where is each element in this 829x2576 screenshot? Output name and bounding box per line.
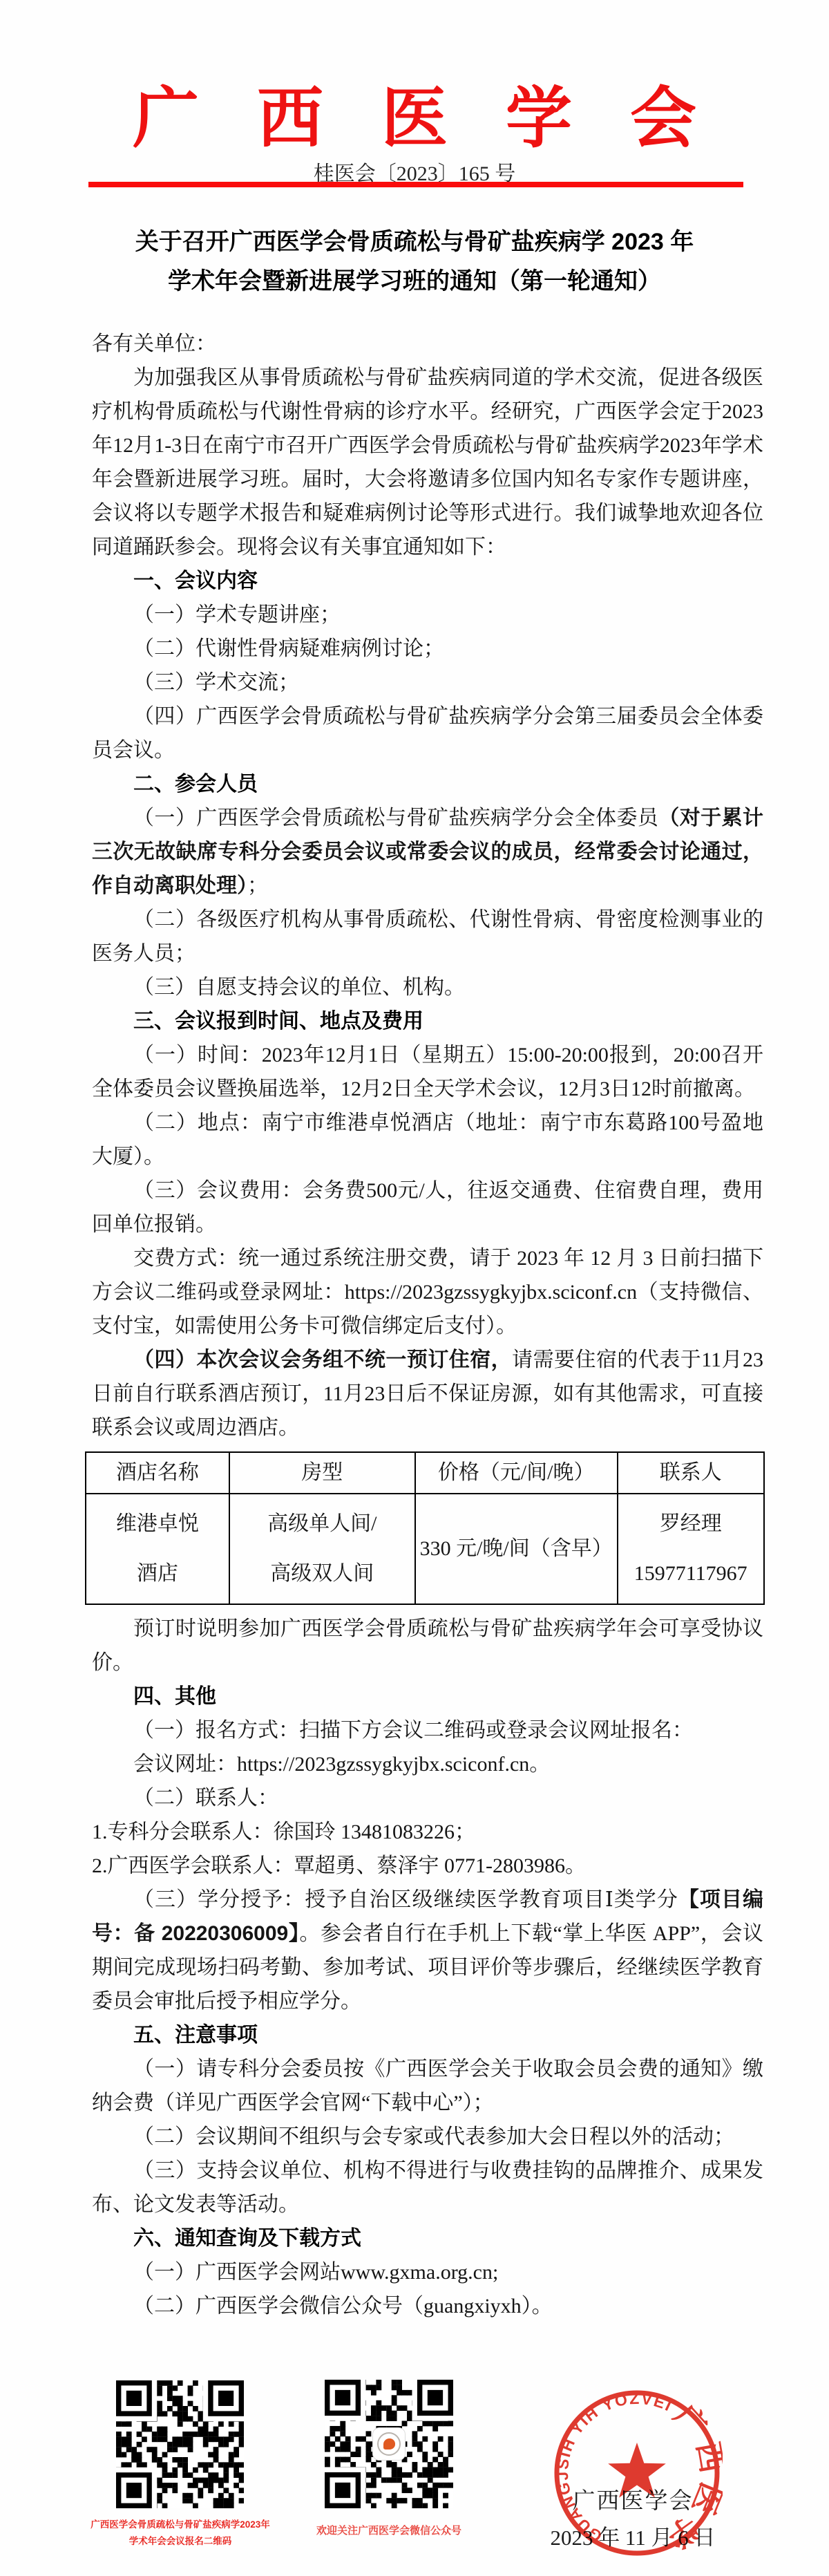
- body-paragraph: （三）支持会议单位、机构不得进行与收费挂钩的品牌推介、成果发布、论文发表等活动。: [92, 2154, 763, 2221]
- table-row: 维港卓悦 酒店高级单人间/ 高级双人间330 元/晚/间（含早）罗经理 1597…: [86, 1494, 764, 1604]
- section-heading: 五、注意事项: [92, 2018, 763, 2052]
- text-run: ；: [247, 874, 268, 897]
- document-title-line2: 学术年会暨新进展学习班的通知（第一轮通知）: [62, 262, 767, 301]
- hotel-table: 酒店名称房型价格（元/间/晚）联系人维港卓悦 酒店高级单人间/ 高级双人间330…: [85, 1451, 765, 1605]
- body-paragraph: （三）自愿支持会议的单位、机构。: [92, 970, 763, 1004]
- document-page: 广西医学会 桂医会〔2023〕165 号 关于召开广西医学会骨质疏松与骨矿盐疾病…: [0, 0, 829, 2576]
- body-paragraph: （一）广西医学会骨质疏松与骨矿盐疾病学分会全体委员（对于累计三次无故缺席专科分会…: [92, 801, 763, 903]
- body-paragraph: （四）广西医学会骨质疏松与骨矿盐疾病学分会第三届委员会全体委员会议。: [92, 699, 763, 767]
- text-run: 五、注意事项: [133, 2024, 258, 2047]
- hotel-table-header: 房型: [229, 1452, 415, 1494]
- text-run: （一）时间：2023年12月1日（星期五）15:00-20:00报到，20:00…: [92, 1044, 763, 1100]
- document-body: 各有关单位： 为加强我区从事骨质疏松与骨矿盐疾病同道的学术交流，促进各级医疗机构…: [92, 327, 763, 2323]
- registration-qr-caption: 广西医学会骨质疏松与骨矿盐疾病学2023年 学术年会会议报名二维码: [78, 2517, 283, 2550]
- wechat-qr-code: [325, 2380, 453, 2508]
- text-run: 2.广西医学会联系人：覃超勇、蔡泽宇 0771-2803986。: [92, 1854, 586, 1877]
- body-paragraph: （二）联系人：: [92, 1781, 763, 1815]
- body-paragraph: （一）广西医学会网站www.gxma.org.cn;: [92, 2255, 763, 2289]
- wechat-qr-caption: 欢迎关注广西医学会微信公众号: [290, 2524, 488, 2538]
- body-paragraph: （三）会议费用：会务费500元/人，往返交通费、住宿费自理，费用回单位报销。: [92, 1174, 763, 1241]
- text-run: （二）地点：南宁市维港卓悦酒店（地址：南宁市东葛路100号盈地大厦）。: [92, 1111, 763, 1168]
- registration-qr-caption-line1: 广西医学会骨质疏松与骨矿盐疾病学2023年: [78, 2517, 283, 2533]
- section-heading: 一、会议内容: [92, 564, 763, 598]
- hotel-table-cell: 330 元/晚/间（含早）: [415, 1494, 618, 1604]
- text-run: 会议网址：https://2023gzssygkyjbx.sciconf.cn。: [133, 1753, 550, 1776]
- section-heading: 三、会议报到时间、地点及费用: [92, 1004, 763, 1038]
- text-run: （一）学术专题讲座；: [133, 603, 341, 626]
- wechat-qr-center-logo: [373, 2428, 405, 2460]
- section-heading: 六、通知查询及下载方式: [92, 2221, 763, 2255]
- text-run: 三、会议报到时间、地点及费用: [133, 1010, 423, 1033]
- section-heading: 四、其他: [92, 1680, 763, 1713]
- body-paragraph: （二）广西医学会微信公众号（guangxiyxh）。: [92, 2289, 763, 2323]
- text-run: 交费方式：统一通过系统注册交费，请于 2023 年 12 月 3 日前扫描下方会…: [92, 1247, 763, 1337]
- letterhead-divider: [88, 182, 743, 187]
- logo-emblem: [383, 2438, 395, 2450]
- text-run: 1.专科分会联系人：徐国玲 13481083226；: [92, 1821, 475, 1843]
- body-paragraph: （二）地点：南宁市维港卓悦酒店（地址：南宁市东葛路100号盈地大厦）。: [92, 1106, 763, 1174]
- body-paragraph: 1.专科分会联系人：徐国玲 13481083226；: [92, 1815, 763, 1849]
- body-paragraph: （一）学术专题讲座；: [92, 598, 763, 632]
- hotel-table-cell: 高级单人间/ 高级双人间: [229, 1494, 415, 1604]
- body-paragraph: （一）时间：2023年12月1日（星期五）15:00-20:00报到，20:00…: [92, 1038, 763, 1106]
- seal-star: [608, 2443, 666, 2498]
- body-paragraph: （一）请专科分会委员按《广西医学会关于收取会员会费的通知》缴纳会费（详见广西医学…: [92, 2052, 763, 2120]
- text-run: （三）会议费用：会务费500元/人，往返交通费、住宿费自理，费用回单位报销。: [92, 1179, 763, 1236]
- hotel-table-header: 价格（元/间/晚）: [415, 1452, 618, 1494]
- text-run: （三）支持会议单位、机构不得进行与收费挂钩的品牌推介、成果发布、论文发表等活动。: [92, 2159, 763, 2216]
- text-run: （一）广西医学会网站www.gxma.org.cn;: [133, 2261, 498, 2284]
- hotel-table-header: 酒店名称: [86, 1452, 229, 1494]
- body-paragraph: （二）代谢性骨病疑难病例讨论；: [92, 632, 763, 666]
- text-run: （一）报名方式：扫描下方会议二维码或登录会议网址报名：: [133, 1719, 693, 1742]
- document-title-line1: 关于召开广西医学会骨质疏松与骨矿盐疾病学 2023 年: [62, 223, 767, 262]
- text-run: （一）请专科分会委员按《广西医学会关于收取会员会费的通知》缴纳会费（详见广西医学…: [92, 2058, 763, 2114]
- text-run: （三）学术交流；: [133, 671, 299, 694]
- text-run: 二、参会人员: [133, 773, 258, 796]
- body-paragraph: 2.广西医学会联系人：覃超勇、蔡泽宇 0771-2803986。: [92, 1849, 763, 1883]
- official-seal: GUANGJSIH YIH YOZVEI 广西医学会: [551, 2387, 723, 2559]
- text-run: （一）广西医学会骨质疏松与骨矿盐疾病学分会全体委员: [133, 807, 658, 829]
- registration-qr-image: [116, 2380, 244, 2508]
- salutation: 各有关单位：: [92, 327, 763, 361]
- text-run: 六、通知查询及下载方式: [133, 2227, 361, 2250]
- hotel-table-cell: 罗经理 15977117967: [618, 1494, 765, 1604]
- body-paragraph: （二）各级医疗机构从事骨质疏松、代谢性骨病、骨密度检测事业的医务人员；: [92, 903, 763, 970]
- hotel-table-header: 联系人: [618, 1452, 765, 1494]
- text-run: （三）学分授予：授予自治区级继续医学教育项目Ⅰ类学分: [133, 1888, 678, 1911]
- body-paragraph: （二）会议期间不组织与会专家或代表参加大会日程以外的活动；: [92, 2120, 763, 2154]
- body-paragraph: 为加强我区从事骨质疏松与骨矿盐疾病同道的学术交流，促进各级医疗机构骨质疏松与代谢…: [92, 361, 763, 564]
- org-title: 广西医学会: [0, 84, 829, 153]
- text-run: 一、会议内容: [133, 570, 258, 592]
- text-run: （二）广西医学会微信公众号（guangxiyxh）。: [133, 2295, 553, 2318]
- text-run: （二）各级医疗机构从事骨质疏松、代谢性骨病、骨密度检测事业的医务人员；: [92, 908, 763, 965]
- body-paragraph: 预订时说明参加广西医学会骨质疏松与骨矿盐疾病学年会可享受协议价。: [92, 1612, 763, 1680]
- text-run: （二）会议期间不组织与会专家或代表参加大会日程以外的活动；: [133, 2125, 734, 2148]
- registration-qr-code: [116, 2380, 244, 2508]
- document-title: 关于召开广西医学会骨质疏松与骨矿盐疾病学 2023 年 学术年会暨新进展学习班的…: [62, 223, 767, 301]
- text-run: （二）联系人：: [133, 1787, 278, 1809]
- text-run: 为加强我区从事骨质疏松与骨矿盐疾病同道的学术交流，促进各级医疗机构骨质疏松与代谢…: [92, 366, 763, 558]
- bold-text-run: （四）本次会议会务组不统一预订住宿，: [133, 1348, 512, 1371]
- hotel-table-cell: 维港卓悦 酒店: [86, 1494, 229, 1604]
- registration-qr-caption-line2: 学术年会会议报名二维码: [78, 2533, 283, 2550]
- text-run: 预订时说明参加广西医学会骨质疏松与骨矿盐疾病学年会可享受协议价。: [92, 1617, 763, 1674]
- section-heading: 二、参会人员: [92, 767, 763, 801]
- text-run: 四、其他: [133, 1685, 216, 1708]
- body-paragraph: 会议网址：https://2023gzssygkyjbx.sciconf.cn。: [92, 1747, 763, 1781]
- body-paragraph: （一）报名方式：扫描下方会议二维码或登录会议网址报名：: [92, 1713, 763, 1747]
- body-paragraph: （四）本次会议会务组不统一预订住宿，请需要住宿的代表于11月23日前自行联系酒店…: [92, 1343, 763, 1445]
- text-run: （四）广西医学会骨质疏松与骨矿盐疾病学分会第三届委员会全体委员会议。: [92, 705, 763, 762]
- body-paragraph: 交费方式：统一通过系统注册交费，请于 2023 年 12 月 3 日前扫描下方会…: [92, 1241, 763, 1343]
- text-run: （二）代谢性骨病疑难病例讨论；: [133, 637, 444, 660]
- body-paragraph: （三）学分授予：授予自治区级继续医学教育项目Ⅰ类学分【项目编号：备 202203…: [92, 1883, 763, 2018]
- body-paragraph: （三）学术交流；: [92, 666, 763, 699]
- text-run: （三）自愿支持会议的单位、机构。: [133, 976, 465, 999]
- logo-ring: [377, 2432, 401, 2456]
